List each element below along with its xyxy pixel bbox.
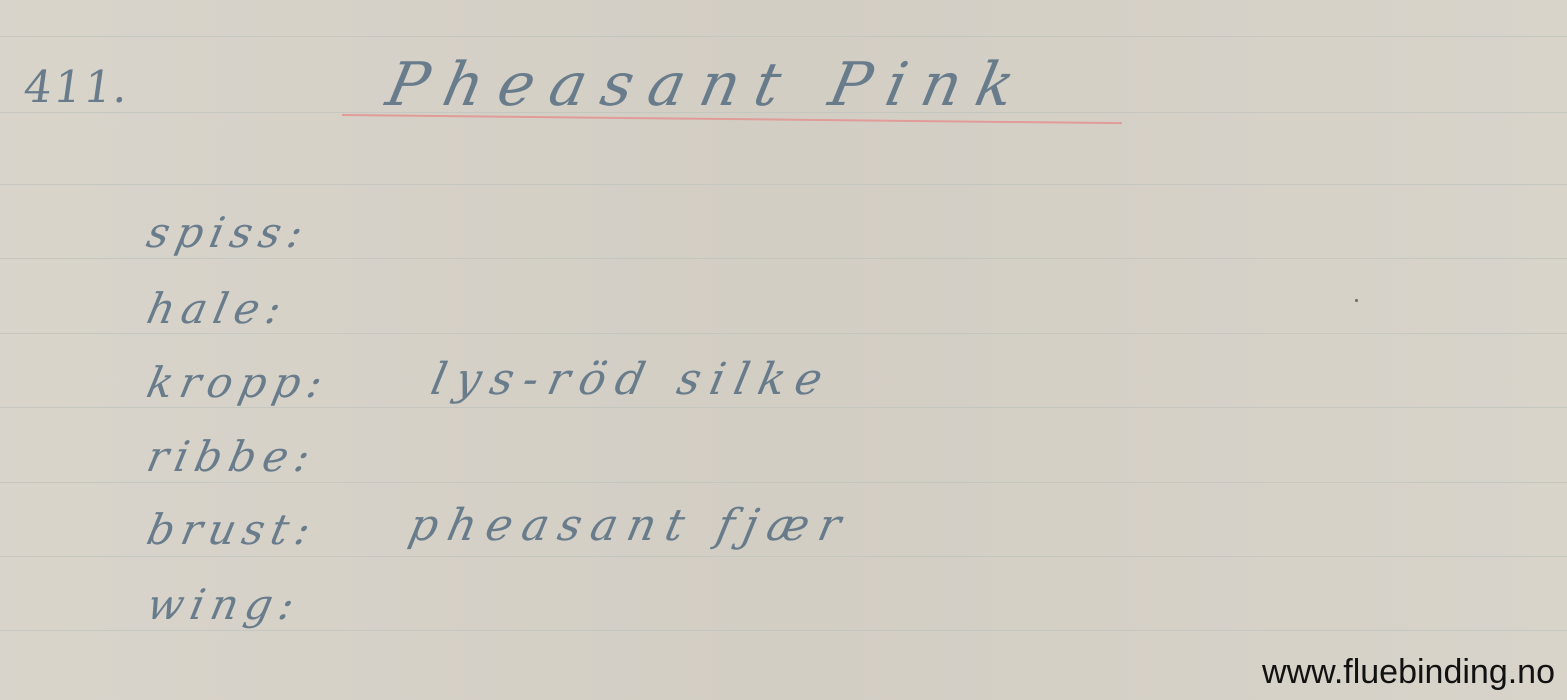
field-label-kropp: kropp: (143, 358, 334, 407)
ruled-line (0, 407, 1567, 408)
field-label-hale: hale: (143, 284, 293, 333)
pattern-title: Pheasant Pink (381, 50, 1037, 120)
ruled-line (0, 36, 1567, 37)
field-value-brust: pheasant fjær (405, 500, 856, 551)
ruled-line (0, 482, 1567, 483)
ruled-line (0, 258, 1567, 259)
notebook-page: 411. Pheasant Pink spiss: hale: kropp: l… (0, 0, 1567, 700)
field-label-brust: brust: (143, 505, 322, 554)
ruled-line (0, 333, 1567, 334)
ruled-line (0, 630, 1567, 631)
field-label-wing: wing: (143, 580, 306, 629)
field-label-ribbe: ribbe: (143, 432, 322, 481)
entry-number: 411. (20, 62, 133, 113)
field-label-spiss: spiss: (143, 208, 315, 257)
website-watermark: www.fluebinding.no (1262, 653, 1555, 692)
ruled-line (0, 556, 1567, 557)
field-value-kropp: lys-röd silke (427, 354, 837, 405)
paper-speck (1355, 299, 1358, 302)
ruled-line (0, 184, 1567, 185)
